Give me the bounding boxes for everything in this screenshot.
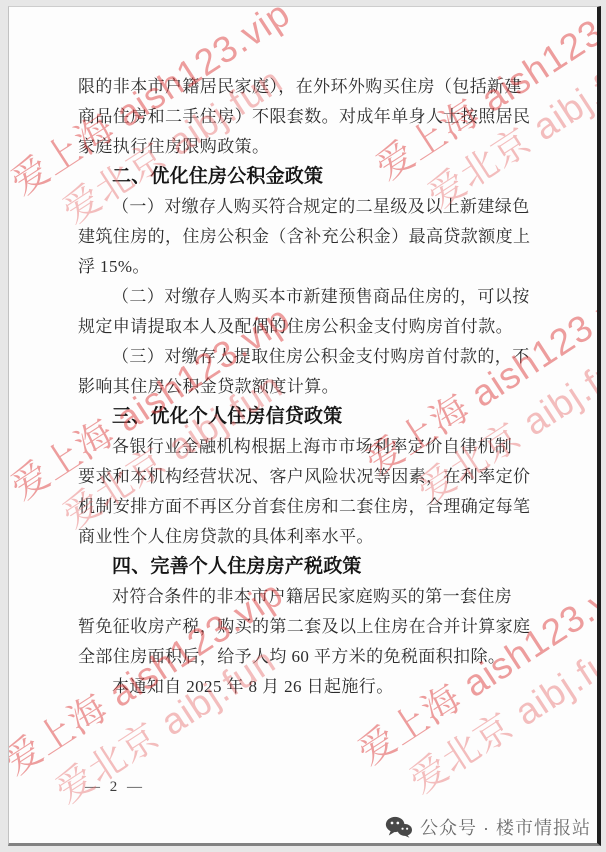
text-line: 要求和本机构经营状况、客户风险状况等因素，在利率定价: [78, 462, 534, 492]
text-line: 商业性个人住房贷款的具体利率水平。: [78, 522, 534, 552]
text-line: 机制安排方面不再区分首套住房和二套住房，合理确定每笔: [78, 492, 534, 522]
wechat-account-label: 公众号 · 楼市情报站: [420, 814, 591, 840]
document-body: 限的非本市户籍居民家庭），在外环外购买住房（包括新建商品住房和二手住房）不限套数…: [78, 72, 534, 702]
text-line: 暂免征收房产税，购买的第二套及以上住房在合并计算家庭: [78, 612, 534, 642]
text-line: 影响其住房公积金贷款额度计算。: [78, 372, 534, 402]
page-number: — 2 —: [85, 779, 145, 796]
wechat-account-footer: 公众号 · 楼市情报站: [385, 814, 591, 840]
text-line: 建筑住房的，住房公积金（含补充公积金）最高贷款额度上: [78, 222, 534, 252]
text-line: 对符合条件的非本市户籍居民家庭购买的第一套住房: [78, 582, 534, 612]
text-line: 本通知自 2025 年 8 月 26 日起施行。: [78, 672, 534, 702]
text-line: 浮 15%。: [78, 252, 534, 282]
text-line: 各银行业金融机构根据上海市市场利率定价自律机制: [78, 432, 534, 462]
section-heading: 二、优化住房公积金政策: [78, 162, 534, 192]
text-line: 全部住房面积后，给予人均 60 平方米的免税面积扣除。: [78, 642, 534, 672]
wechat-icon: [385, 816, 412, 838]
text-line: 商品住房和二手住房）不限套数。对成年单身人士按照居民: [78, 102, 534, 132]
text-line: 限的非本市户籍居民家庭），在外环外购买住房（包括新建: [78, 72, 534, 102]
section-heading: 三、优化个人住房信贷政策: [78, 402, 534, 432]
section-heading: 四、完善个人住房房产税政策: [78, 552, 534, 582]
scanned-document-page: 限的非本市户籍居民家庭），在外环外购买住房（包括新建商品住房和二手住房）不限套数…: [8, 6, 601, 846]
text-line: （二）对缴存人购买本市新建预售商品住房的，可以按: [78, 282, 534, 312]
text-line: 家庭执行住房限购政策。: [78, 132, 534, 162]
text-line: 规定申请提取本人及配偶的住房公积金支付购房首付款。: [78, 312, 534, 342]
text-line: （三）对缴存人提取住房公积金支付购房首付款的，不: [78, 342, 534, 372]
text-line: （一）对缴存人购买符合规定的二星级及以上新建绿色: [78, 192, 534, 222]
